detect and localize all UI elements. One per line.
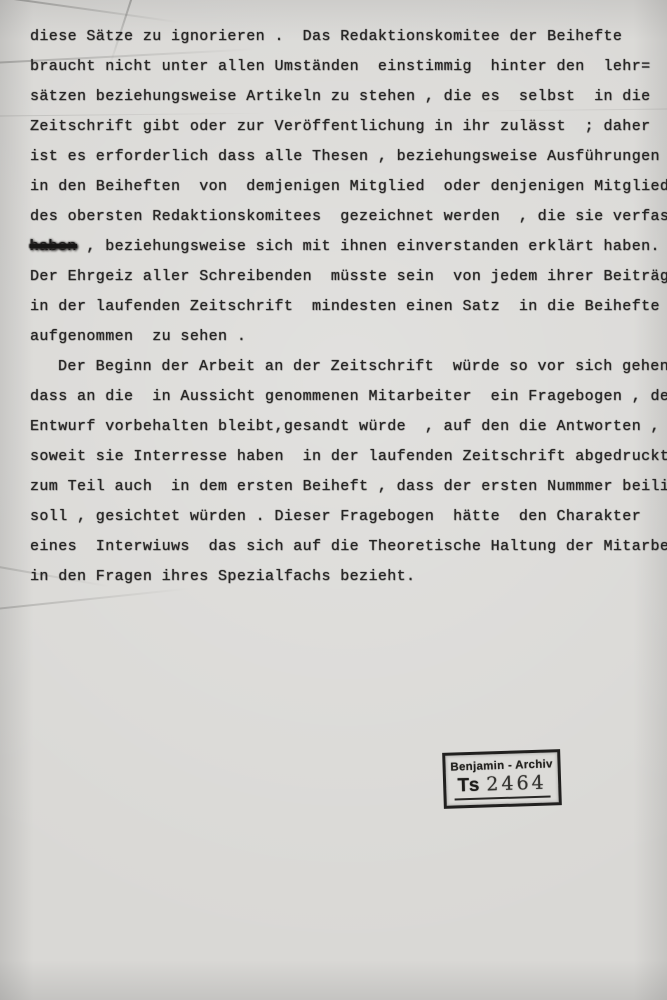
text-line: eines Interwiuws das sich auf die Theore…: [30, 532, 667, 562]
typewritten-text: sätzen beziehungsweise Artikeln zu stehe…: [30, 88, 651, 105]
stamp-number: 2464: [486, 771, 547, 795]
text-line: des obersten Redaktionskomitees gezeichn…: [30, 202, 667, 232]
text-line: zum Teil auch in dem ersten Beiheft , da…: [30, 472, 667, 502]
typewritten-text: diese Sätze zu ignorieren . Das Redaktio…: [30, 28, 622, 45]
typewritten-text: braucht nicht unter allen Umständen eins…: [30, 58, 651, 75]
document-page: diese Sätze zu ignorieren . Das Redaktio…: [0, 0, 667, 1000]
text-line: in den Fragen ihres Spezialfachs bezieht…: [30, 562, 667, 592]
typewritten-text: Zeitschrift gibt oder zur Veröffentlichu…: [30, 118, 651, 135]
typewritten-text: des obersten Redaktionskomitees gezeichn…: [30, 208, 667, 225]
typewritten-text: Der Beginn der Arbeit an der Zeitschrift…: [58, 358, 667, 375]
text-line: aufgenommen zu sehen .: [30, 322, 667, 352]
text-line: soll , gesichtet würden . Dieser Fragebo…: [30, 502, 667, 532]
typewritten-text: aufgenommen zu sehen .: [30, 328, 246, 345]
typewritten-text: Der Ehrgeiz aller Schreibenden müsste se…: [30, 268, 667, 285]
text-line: in der laufenden Zeitschrift mindesten e…: [30, 292, 667, 322]
typewritten-text: soweit sie Interresse haben in der laufe…: [30, 448, 667, 465]
text-line: Zeitschrift gibt oder zur Veröffentlichu…: [30, 112, 667, 142]
text-block: diese Sätze zu ignorieren . Das Redaktio…: [30, 22, 667, 592]
text-line: braucht nicht unter allen Umständen eins…: [30, 52, 667, 82]
text-line: Der Beginn der Arbeit an der Zeitschrift…: [30, 352, 667, 382]
typewritten-text: ist es erforderlich dass alle Thesen , b…: [30, 148, 660, 165]
text-line: sätzen beziehungsweise Artikeln zu stehe…: [30, 82, 667, 112]
typewritten-text: in den Beiheften von demjenigen Mitglied…: [30, 178, 667, 195]
text-line: Der Ehrgeiz aller Schreibenden müsste se…: [30, 262, 667, 292]
text-line: dass an die in Aussicht genommenen Mitar…: [30, 382, 667, 412]
typewritten-text: soll , gesichtet würden . Dieser Fragebo…: [30, 508, 641, 525]
typewritten-text: Entwurf vorbehalten bleibt,gesandt würde…: [30, 418, 667, 435]
paper-crease: [0, 0, 179, 23]
text-line: in den Beiheften von demjenigen Mitglied…: [30, 172, 667, 202]
text-line: diese Sätze zu ignorieren . Das Redaktio…: [30, 22, 667, 52]
typewritten-text: eines Interwiuws das sich auf die Theore…: [30, 538, 667, 555]
archive-stamp: Benjamin - Archiv Ts 2464: [442, 749, 562, 809]
typewritten-text: dass an die in Aussicht genommenen Mitar…: [30, 388, 667, 405]
stamp-signature-row: Ts 2464: [454, 771, 550, 800]
typewritten-text: in der laufenden Zeitschrift mindesten e…: [30, 298, 660, 315]
blot-text: haben: [30, 238, 77, 255]
text-line: soweit sie Interresse haben in der laufe…: [30, 442, 667, 472]
text-line: haben , beziehungsweise sich mit ihnen e…: [30, 232, 667, 262]
text-line: ist es erforderlich dass alle Thesen , b…: [30, 142, 667, 172]
text-line: Entwurf vorbehalten bleibt,gesandt würde…: [30, 412, 667, 442]
typewritten-text: in den Fragen ihres Spezialfachs bezieht…: [30, 568, 415, 585]
typewritten-text: , beziehungsweise sich mit ihnen einvers…: [77, 238, 660, 255]
stamp-prefix: Ts: [457, 774, 480, 797]
typewritten-text: zum Teil auch in dem ersten Beiheft , da…: [30, 478, 667, 495]
